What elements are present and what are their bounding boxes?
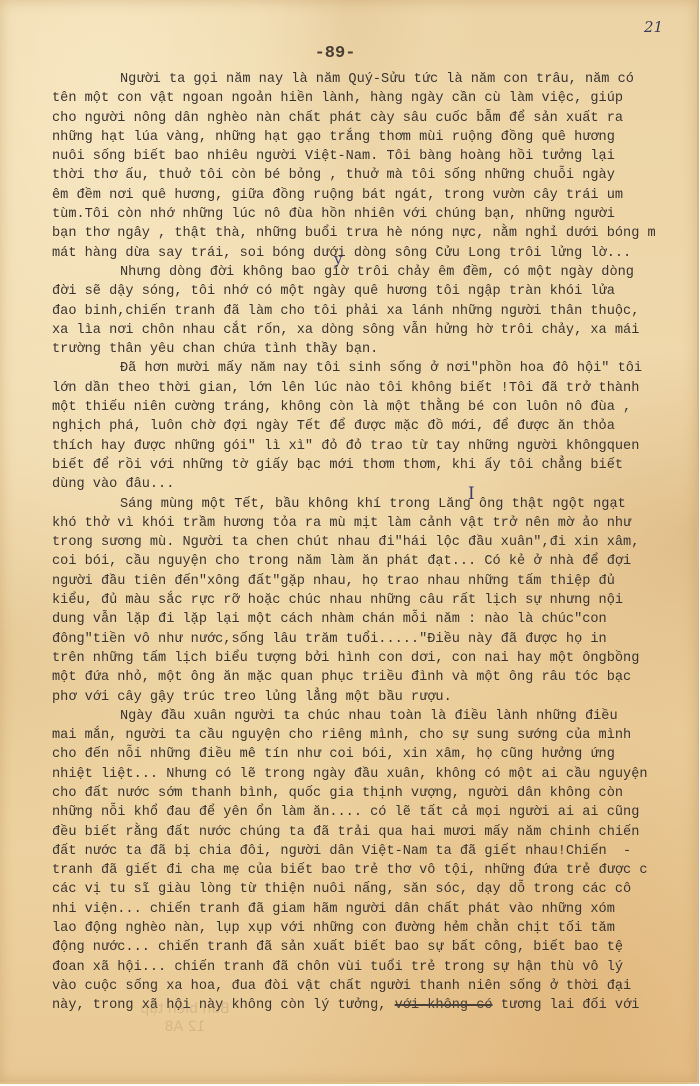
paragraph-first-line: Nhưng dòng đời không bao giờ trôi chảy ê… bbox=[52, 263, 700, 282]
text-fragment: tương lai đối với bbox=[493, 998, 640, 1013]
text-line: những nỗi khổ đau để yên ổn làm ăn.... c… bbox=[52, 803, 700, 822]
text-line: thời thơ ấu, thuở tôi còn bé bỏng , thuở… bbox=[52, 166, 700, 185]
text-line: tùm.Tôi còn nhớ những lúc nô đùa hồn nhi… bbox=[52, 205, 700, 224]
text-line: cho đất nước sớm thanh bình, quốc gia th… bbox=[52, 784, 700, 803]
ink-correction-mark: y bbox=[334, 250, 342, 268]
text-line: đất nước ta đã bị chia đôi, người dân Vi… bbox=[52, 842, 700, 861]
bleed-line: 12 A8 bbox=[110, 1018, 260, 1036]
text-line: dung vẫn lặp đi lặp lại một cách nhàm ch… bbox=[52, 610, 700, 629]
text-line: coi bói, cầu nguyện cho trong năm làm ăn… bbox=[52, 552, 700, 571]
struck-through-text: với không có bbox=[395, 998, 493, 1013]
text-line: tên một con vật ngoan ngoản hiền lành, h… bbox=[52, 89, 700, 108]
text-line: người đầu tiên đến"xông đất"gặp nhau, họ… bbox=[52, 572, 700, 591]
text-line: đông"tiền vô như nước,sống lâu trăm tuổi… bbox=[52, 630, 700, 649]
text-line: dùng vào đâu... bbox=[52, 475, 700, 494]
text-line: trên những tấm lịch biểu tượng bởi hình … bbox=[52, 649, 700, 668]
bleed-line: Ban biên tập bbox=[110, 1000, 260, 1018]
text-line: mai mắn, người ta cầu nguyện cho riêng m… bbox=[52, 726, 700, 745]
paragraph-first-line: Người ta gọi năm nay là năm Quý-Sửu tức … bbox=[52, 70, 700, 89]
text-line: tranh đã giết đi cha mẹ của biết bao trẻ… bbox=[52, 861, 700, 880]
text-line: vào cuộc sống xa hoa, đua đòi vật chất n… bbox=[52, 977, 700, 996]
text-line: kiểu, đủ màu sắc rực rỡ hoặc chúc nhau n… bbox=[52, 591, 700, 610]
paragraph-first-line: Đã hơn mười mấy năm nay tôi sinh sống ở … bbox=[52, 359, 700, 378]
text-line: khó thở vì khói trầm hương tỏa ra mù mịt… bbox=[52, 514, 700, 533]
text-line: đao binh,chiến tranh đã làm cho tôi phải… bbox=[52, 302, 700, 321]
text-line: đời sẽ dậy sóng, tôi nhớ có một ngày quê… bbox=[52, 282, 700, 301]
document-page: 21 -89- Người ta gọi năm nay là năm Quý-… bbox=[0, 0, 699, 1084]
bleed-through-text: Ban biên tập 12 A8 bbox=[110, 1000, 260, 1036]
text-line: trường thân yêu chan chứa tình thầy bạn. bbox=[52, 340, 700, 359]
ink-correction-mark: I bbox=[468, 484, 475, 504]
handwritten-page-number: 21 bbox=[644, 18, 663, 36]
text-line: động nước... chiến tranh đã sản xuất biế… bbox=[52, 938, 700, 957]
text-line: nhiệt liệt... Nhưng có lẽ trong ngày đầu… bbox=[52, 765, 700, 784]
text-line: một thiếu niên cường tráng, không còn là… bbox=[52, 398, 700, 417]
text-line: trong sương mù. Người ta chen chút nhau … bbox=[52, 533, 700, 552]
text-line: các vị tu sĩ giàu lòng từ thiện nuôi nấn… bbox=[52, 880, 700, 899]
text-line: thích hay được những gói" lì xì" đỏ đỏ t… bbox=[52, 437, 700, 456]
text-line: biết để rồi với những tờ giấy bạc mới th… bbox=[52, 456, 700, 475]
text-line: nghịch phá, luôn chờ đợi ngày Tết để đượ… bbox=[52, 417, 700, 436]
text-line: cho đến nỗi những điều mê tín như coi bó… bbox=[52, 745, 700, 764]
text-line: nhi viện... chiến tranh đã giam hãm ngườ… bbox=[52, 900, 700, 919]
text-line: cho người nông dân nghèo nàn chất phát c… bbox=[52, 109, 700, 128]
text-line: một đứa nhỏ, một ông ăn mặc quan phục tr… bbox=[52, 668, 700, 687]
text-line: nuôi sống biết bao nhiêu người Việt-Nam.… bbox=[52, 147, 700, 166]
text-line: phơ với cây gậy trúc treo lủng lẳng một … bbox=[52, 688, 700, 707]
paragraph-first-line: Ngày đầu xuân người ta chúc nhau toàn là… bbox=[52, 707, 700, 726]
page-heading: -89- bbox=[0, 44, 670, 63]
text-line: xa lìa nơi chôn nhau cắt rốn, xa dòng sô… bbox=[52, 321, 700, 340]
text-line: êm đềm nơi quê hương, giữa đồng ruộng bá… bbox=[52, 186, 700, 205]
typewritten-body: Người ta gọi năm nay là năm Quý-Sửu tức … bbox=[52, 70, 700, 1016]
text-line: đoan xã hội... chiến tranh đã chôn vùi t… bbox=[52, 958, 700, 977]
text-line: lao động nghèo nàn, lụp xụp với những co… bbox=[52, 919, 700, 938]
text-line: bạn thơ ngây , thật thà, những buổi trưa… bbox=[52, 224, 700, 243]
paragraph-first-line: Sáng mùng một Tết, bầu không khí trong L… bbox=[52, 495, 700, 514]
text-line: mát hàng dừa say trái, soi bóng dưới dòn… bbox=[52, 244, 700, 263]
text-line: đều biết rằng đất nước chúng ta đã trải … bbox=[52, 823, 700, 842]
text-line: lớn dần theo thời gian, lớn lên lúc nào … bbox=[52, 379, 700, 398]
text-line: những hạt lúa vàng, những hạt gạo trắng … bbox=[52, 128, 700, 147]
